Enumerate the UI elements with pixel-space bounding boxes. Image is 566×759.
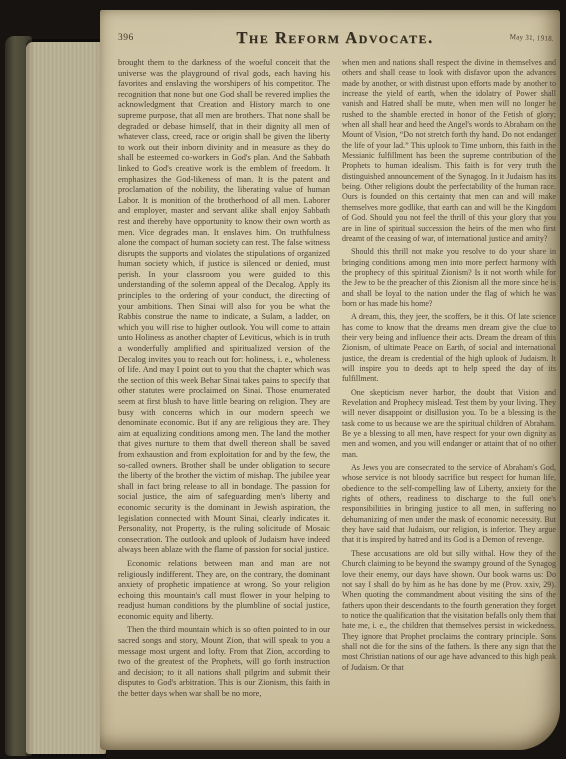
paragraph: A dream, this, they jeer, the scoffers, …: [342, 312, 556, 384]
book-page: 396 The Reform Advocate. May 31, 1918. b…: [100, 10, 560, 750]
paragraph: One skepticism never harbor, the doubt t…: [342, 388, 556, 460]
text-columns: brought them to the darkness of the woef…: [118, 58, 556, 744]
book-fore-edge-pages: [26, 42, 106, 754]
page-header: 396 The Reform Advocate. May 31, 1918.: [116, 28, 554, 54]
paragraph: These accusations are old but silly with…: [342, 549, 556, 673]
paragraph: brought them to the darkness of the woef…: [118, 58, 330, 556]
page-title: The Reform Advocate.: [116, 28, 554, 48]
scanned-book-photo: 396 The Reform Advocate. May 31, 1918. b…: [0, 0, 566, 759]
left-column: brought them to the darkness of the woef…: [118, 58, 330, 744]
paragraph: Economic relations between man and man a…: [118, 559, 330, 623]
paragraph: Should this thrill not make you resolve …: [342, 247, 556, 309]
page-date: May 31, 1918.: [509, 32, 554, 43]
paragraph: when men and nations shall respect the d…: [342, 58, 556, 244]
paragraph: As Jews you are consecrated to the servi…: [342, 463, 556, 546]
right-column: when men and nations shall respect the d…: [342, 58, 556, 744]
paragraph: Then the third mountain which is so ofte…: [118, 625, 330, 699]
